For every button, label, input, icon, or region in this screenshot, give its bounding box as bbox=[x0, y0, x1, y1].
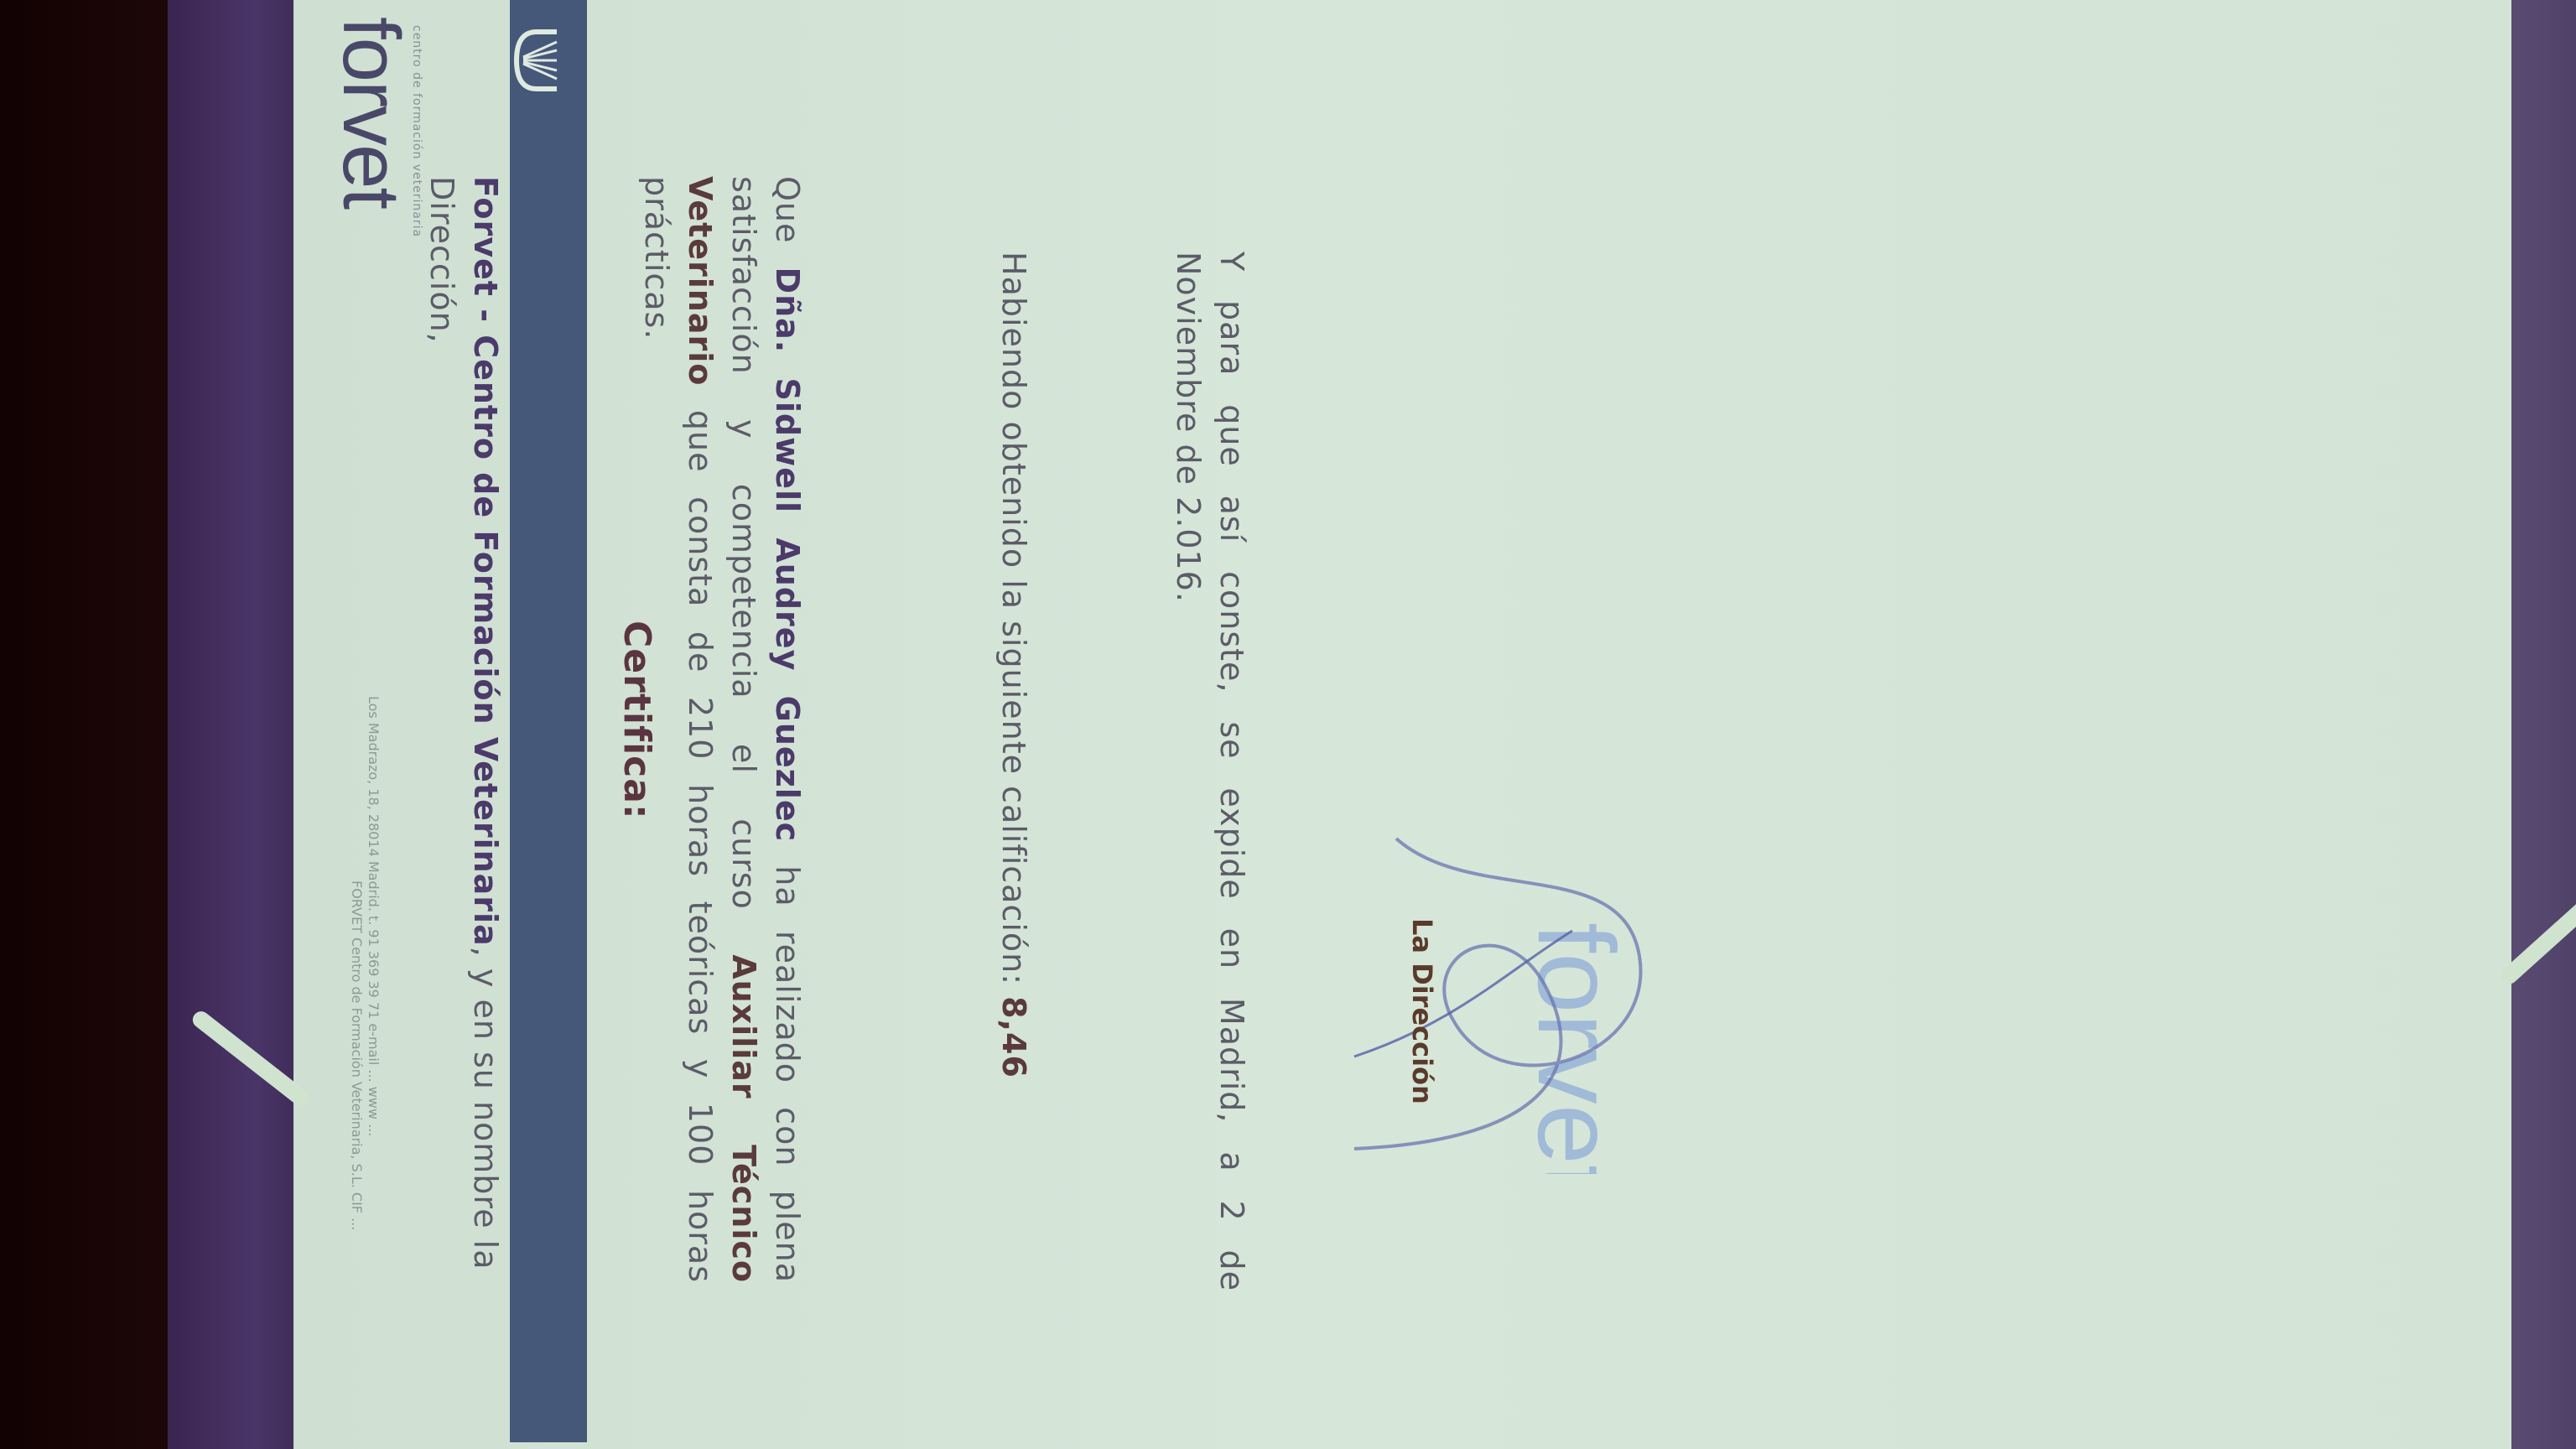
signature-label: La Dirección bbox=[1406, 918, 1438, 1104]
intro-paragraph: Forvet - Centro de Formación Veterinaria… bbox=[420, 176, 507, 1283]
background-surface bbox=[0, 0, 176, 1449]
company-address-line: Los Madrazo, 18, 28014 Madrid. t. 91 369… bbox=[366, 696, 382, 1136]
student-name: Dña. Sidwell Audrey Guezlec bbox=[769, 267, 806, 843]
brand-logo-text: forvet bbox=[330, 17, 411, 208]
folder-flap-right bbox=[2507, 0, 2576, 1449]
certificate-page: centro de formación veterinaria forvet F… bbox=[293, 0, 2511, 1449]
p1-lead: Que bbox=[769, 176, 806, 267]
grade-line: Habiendo obtenido la siguiente calificac… bbox=[992, 252, 1036, 1078]
certificate-paper: centro de formación veterinaria forvet F… bbox=[293, 0, 2511, 1449]
grade-label: Habiendo obtenido la siguiente calificac… bbox=[995, 252, 1032, 996]
book-fan-icon bbox=[512, 25, 562, 96]
institution-name: Forvet - Centro de Formación Veterinaria bbox=[467, 176, 504, 947]
letterhead-band bbox=[510, 0, 587, 1442]
grade-value: 8,46 bbox=[995, 996, 1032, 1078]
handwritten-signature bbox=[1337, 805, 1673, 1157]
company-info-line: FORVET Centro de Formación Veterinaria, … bbox=[349, 880, 365, 1230]
closing-paragraph: Y para que así conste, se expide en Madr… bbox=[1166, 252, 1254, 1291]
certification-paragraph: Que Dña. Sidwell Audrey Guezlec ha reali… bbox=[635, 176, 809, 1283]
